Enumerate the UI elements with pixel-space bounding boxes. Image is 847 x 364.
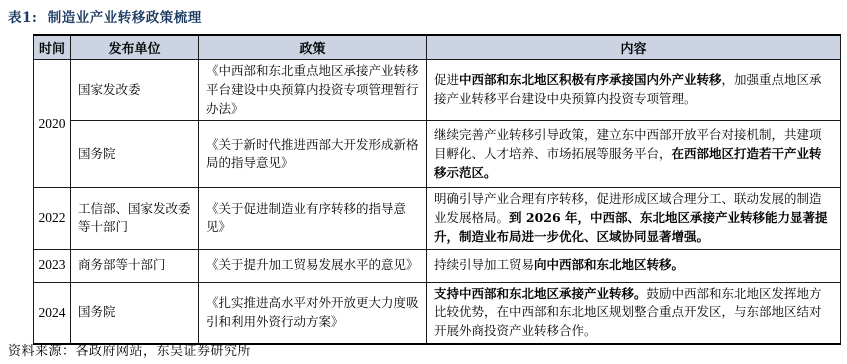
agency-cell: 国务院 xyxy=(71,282,199,344)
policy-table: 时间 发布单位 政策 内容 2020国家发改委《中西部和东北重点地区承接产业转移… xyxy=(33,34,841,345)
content-cell: 明确引导产业合理有序转移，促进形成区域合理分工、联动发展的制造业发展格局。到 2… xyxy=(427,188,841,249)
content-cell: 促进中西部和东北地区积极有序承接国内外产业转移，加强重点地区承接产业转移平台建设… xyxy=(427,60,841,121)
year-cell: 2020 xyxy=(34,60,71,188)
content-segment-bold: 支持中西部和东北地区承接产业转移。 xyxy=(434,286,647,301)
year-cell: 2023 xyxy=(34,249,71,282)
column-header-time: 时间 xyxy=(34,35,71,60)
policy-cell: 《关于提升加工贸易发展水平的意见》 xyxy=(199,249,427,282)
source-note: 资料来源：各政府网站，东吴证券研究所 xyxy=(8,340,251,359)
agency-cell: 工信部、国家发改委等十部门 xyxy=(71,188,199,249)
policy-table-body: 2020国家发改委《中西部和东北重点地区承接产业转移平台建设中央预算内投资专项管… xyxy=(34,60,841,344)
content-segment: 促进 xyxy=(434,72,459,87)
content-cell: 持续引导加工贸易向中西部和东北地区转移。 xyxy=(427,249,841,282)
policy-cell: 《关于新时代推进西部大开发形成新格局的指导意见》 xyxy=(199,121,427,188)
column-header-policy: 政策 xyxy=(199,35,427,60)
content-cell: 支持中西部和东北地区承接产业转移。鼓励中西部和东北地区发挥地方比较优势，在中西部… xyxy=(427,282,841,344)
content-segment: 持续引导加工贸易 xyxy=(434,257,534,272)
column-header-agency: 发布单位 xyxy=(71,35,199,60)
header-row: 时间 发布单位 政策 内容 xyxy=(34,35,841,60)
column-header-content: 内容 xyxy=(427,35,841,60)
table-row: 2022工信部、国家发改委等十部门《关于促进制造业有序转移的指导意见》明确引导产… xyxy=(34,188,841,249)
policy-cell: 《扎实推进高水平对外开放更大力度吸引和利用外资行动方案》 xyxy=(199,282,427,344)
table-row: 2020国家发改委《中西部和东北重点地区承接产业转移平台建设中央预算内投资专项管… xyxy=(34,60,841,121)
agency-cell: 商务部等十部门 xyxy=(71,249,199,282)
agency-cell: 国家发改委 xyxy=(71,60,199,121)
table-title: 表1: 制造业产业转移政策梳理 xyxy=(8,6,202,26)
content-cell: 继续完善产业转移引导政策，建立东中西部开放平台对接机制，共建项目孵化、人才培养、… xyxy=(427,121,841,188)
table-row: 国务院《关于新时代推进西部大开发形成新格局的指导意见》继续完善产业转移引导政策，… xyxy=(34,121,841,188)
year-cell: 2022 xyxy=(34,188,71,249)
content-segment-bold: 中西部和东北地区积极有序承接国内外产业转移 xyxy=(459,72,722,87)
table-row: 2024国务院《扎实推进高水平对外开放更大力度吸引和利用外资行动方案》支持中西部… xyxy=(34,282,841,344)
table-row: 2023商务部等十部门《关于提升加工贸易发展水平的意见》持续引导加工贸易向中西部… xyxy=(34,249,841,282)
agency-cell: 国务院 xyxy=(71,121,199,188)
content-segment-bold: 向中西部和东北地区转移。 xyxy=(534,257,684,272)
year-cell: 2024 xyxy=(34,282,71,344)
policy-cell: 《中西部和东北重点地区承接产业转移平台建设中央预算内投资专项管理暂行办法》 xyxy=(199,60,427,121)
policy-cell: 《关于促进制造业有序转移的指导意见》 xyxy=(199,188,427,249)
